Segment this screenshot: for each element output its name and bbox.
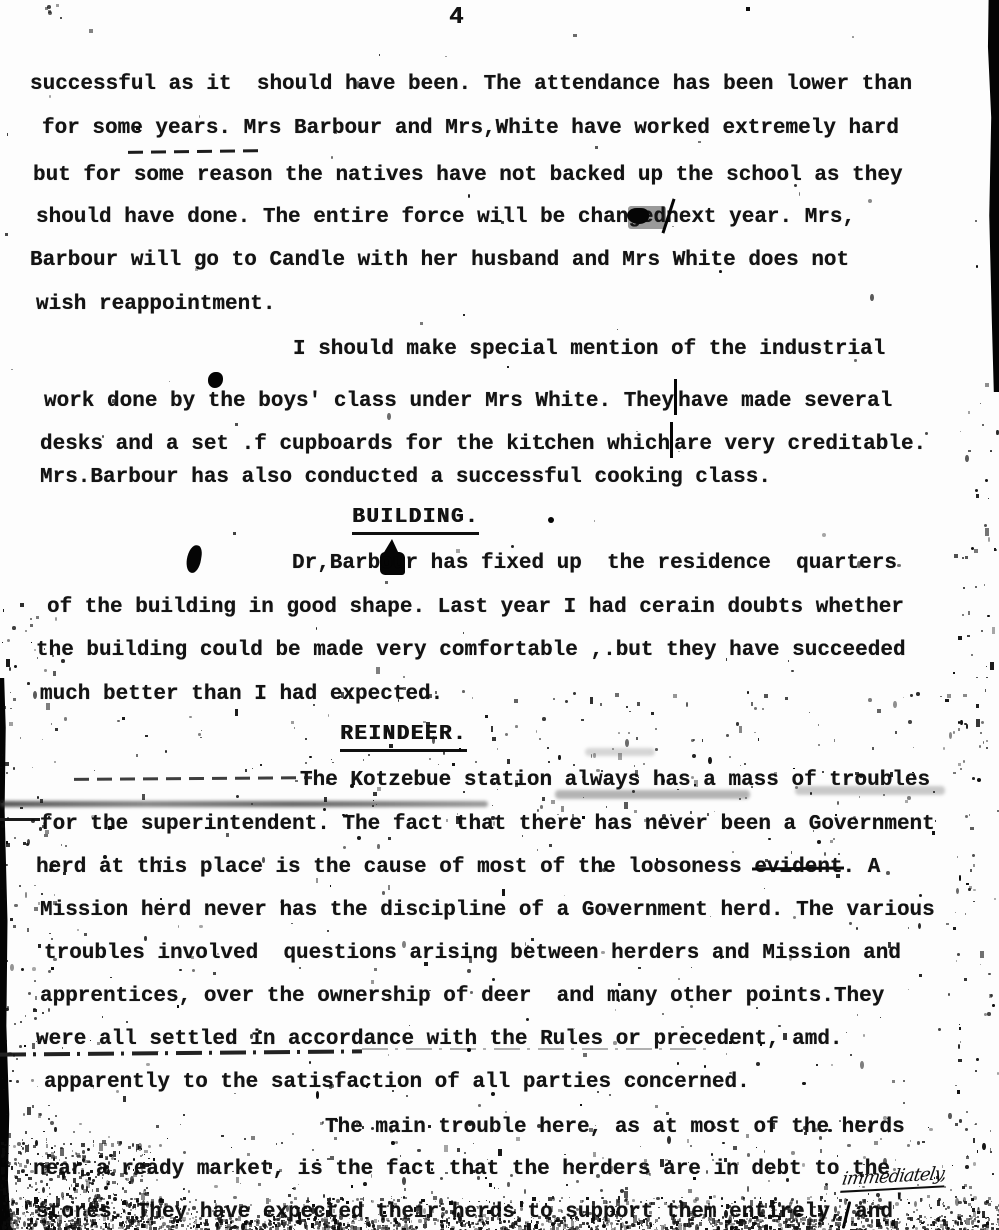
dash-dot-rule-faint bbox=[362, 1048, 707, 1050]
text-line: of the building in good shape. Last year… bbox=[47, 595, 904, 621]
text-segment: desks and a set .f cupboards for the kit… bbox=[40, 433, 670, 456]
section-heading-reindeer: REINDEER. bbox=[340, 722, 467, 752]
text-line: apparently to the satisfaction of all pa… bbox=[44, 1070, 750, 1096]
text-line: stores. They have expected their herds t… bbox=[36, 1200, 906, 1226]
ink-drop bbox=[185, 544, 203, 574]
text-line: Mrs.Barbour has also conducted a success… bbox=[40, 465, 771, 491]
pen-stroke-mark bbox=[674, 379, 677, 415]
text-line: for the superintendent. The fact that th… bbox=[40, 812, 935, 838]
text-segment: next year. Mrs, bbox=[666, 206, 855, 229]
ink-smudge-patch bbox=[585, 748, 655, 756]
text-line: Barbour will go to Candle with her husba… bbox=[30, 248, 849, 274]
ink-smudge-patch bbox=[795, 786, 945, 795]
ink-smudge-patch bbox=[555, 790, 750, 799]
text-segment: work done by the boys' class under Mrs W… bbox=[44, 390, 674, 413]
text-line: near a ready market, is the fact that th… bbox=[33, 1157, 890, 1183]
scan-edge-strip-right bbox=[986, 0, 999, 392]
text-segment: . A bbox=[843, 856, 881, 879]
pen-stroke-mark bbox=[670, 422, 673, 458]
text-line: should have done. The entire force will … bbox=[36, 205, 855, 231]
text-line: wish reappointment. bbox=[36, 292, 275, 318]
text-line: I should make special mention of the ind… bbox=[293, 337, 885, 363]
text-segment: Dr,Barb bbox=[292, 552, 380, 575]
margin-dashes bbox=[74, 776, 312, 781]
underline-dashes bbox=[128, 149, 264, 154]
text-segment: r has fixed up the residence quarters bbox=[405, 552, 896, 575]
margin-dash bbox=[0, 818, 40, 821]
text-segment: should have done. The entire force will … bbox=[36, 206, 628, 229]
handwritten-insertion: immediately, bbox=[840, 1163, 947, 1193]
text-line: for some years. Mrs Barbour and Mrs,Whit… bbox=[42, 116, 899, 142]
text-line: desks and a set .f cupboards for the kit… bbox=[40, 422, 926, 458]
text-line: work done by the boys' class under Mrs W… bbox=[44, 379, 892, 415]
scan-edge-strip-left bbox=[0, 678, 11, 1230]
text-segment: have made several bbox=[678, 390, 892, 413]
text-line: troubles involved questions arising betw… bbox=[44, 941, 901, 967]
struck-out-word: evident bbox=[754, 856, 842, 879]
page-number: 4 bbox=[449, 4, 463, 31]
overstruck-text: ged bbox=[628, 206, 666, 229]
text-line: Mission herd never has the discipline of… bbox=[40, 898, 935, 924]
ink-blot: ou bbox=[380, 552, 405, 575]
text-line: Dr,Barbour has fixed up the residence qu… bbox=[292, 551, 897, 577]
text-line: successful as it should have been. The a… bbox=[30, 72, 912, 98]
text-segment: stores. They have expected their herds t… bbox=[36, 1201, 893, 1224]
text-segment: are very creditable. bbox=[674, 433, 926, 456]
text-line: herd at this place is the cause of most … bbox=[36, 855, 880, 881]
text-line: but for some reason the natives have not… bbox=[33, 163, 903, 189]
stray-apostrophe: ' bbox=[893, 1192, 906, 1215]
stray-dot bbox=[548, 517, 554, 523]
text-line: apprentices, over the ownership of deer … bbox=[40, 984, 884, 1010]
section-heading-building: BUILDING. bbox=[352, 505, 479, 535]
document-page: 4 successful as it should have been. The… bbox=[0, 0, 999, 1230]
text-segment: herd at this place is the cause of most … bbox=[36, 856, 754, 879]
text-line: The main trouble here, as at most of the… bbox=[325, 1115, 905, 1141]
text-line: much better than I had expected. bbox=[40, 682, 443, 708]
ink-smudge-line bbox=[0, 801, 488, 807]
text-line: the building could be made very comforta… bbox=[36, 638, 906, 664]
